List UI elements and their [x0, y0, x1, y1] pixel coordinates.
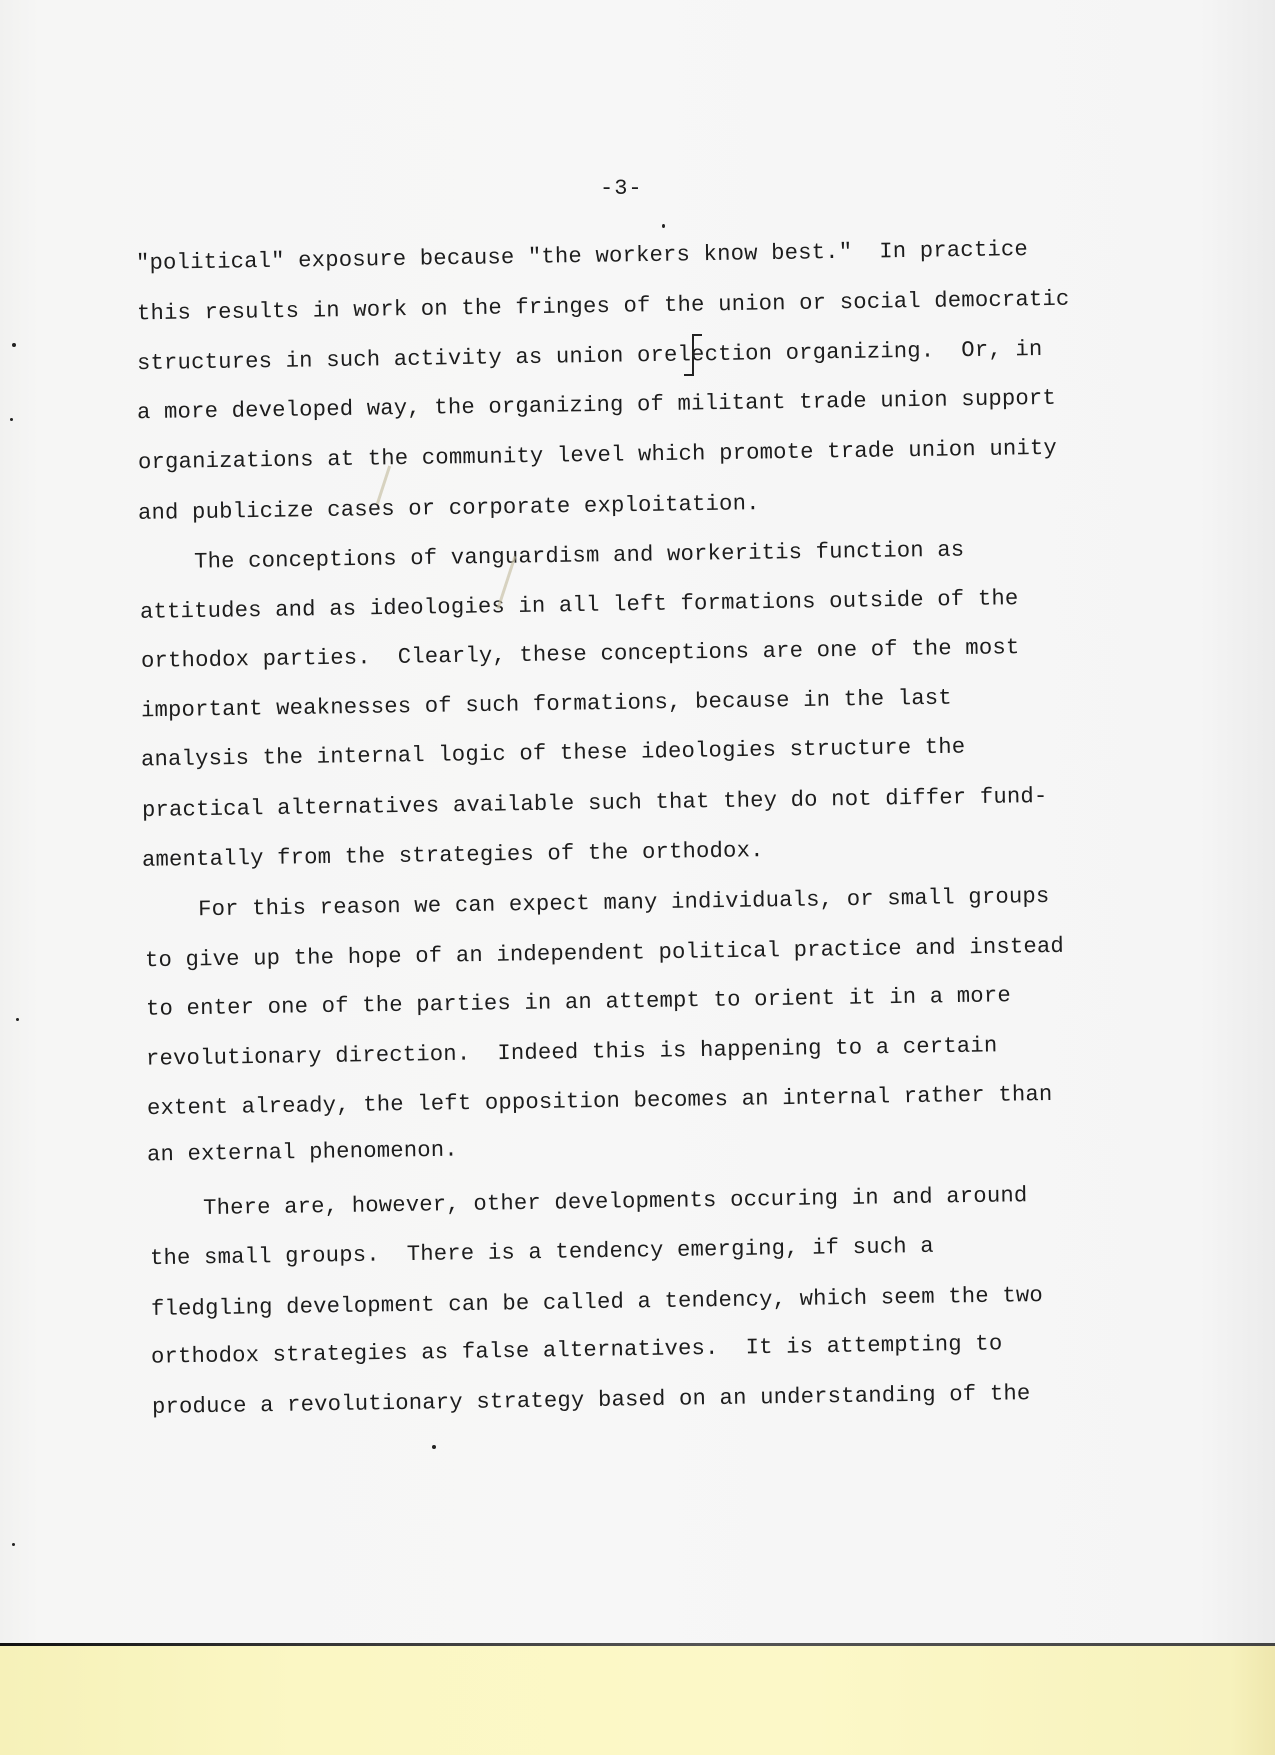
text-line: to give up the hope of an independent po… [145, 934, 1064, 973]
text-line: fledgling development can be called a te… [151, 1283, 1043, 1322]
text-line: orthodox parties. Clearly, these concept… [141, 635, 1020, 674]
text-line: orthodox strategies as false alternative… [151, 1331, 1003, 1369]
paper-speck [10, 418, 13, 421]
text-line: organizations at the community level whi… [138, 436, 1057, 475]
text-line: For this reason we can expect many indiv… [144, 884, 1050, 923]
text-line: amentally from the strategies of the ort… [142, 838, 764, 873]
text-line: produce a revolutionary strategy based o… [152, 1381, 1031, 1420]
text-line: "political" exposure because "the worker… [136, 237, 1028, 276]
text-line: a more developed way, the organizing of … [137, 386, 1056, 425]
paper-speck [432, 1445, 436, 1449]
text-line: The conceptions of vanguardism and worke… [140, 538, 965, 576]
paper-speck [662, 224, 665, 228]
text-line: revolutionary direction. Indeed this is … [146, 1033, 998, 1071]
text-line: an external phenomenon. [147, 1138, 458, 1168]
text-line: important weaknesses of such formations,… [141, 686, 952, 724]
text-line: the small groups. There is a tendency em… [150, 1234, 934, 1271]
text-line: There are, however, other developments o… [149, 1183, 1028, 1222]
paper-speck [16, 1018, 19, 1021]
text-line: extent already, the left opposition beco… [147, 1082, 1053, 1121]
text-line: analysis the internal logic of these ide… [141, 735, 966, 773]
handwritten-correction-mark [692, 334, 702, 376]
text-line: practical alternatives available such th… [142, 784, 1048, 823]
text-line: to enter one of the parties in an attemp… [146, 983, 1011, 1022]
typewritten-page: -3- "political" exposure because "the wo… [0, 0, 1275, 1645]
text-line: this results in work on the fringes of t… [137, 287, 1070, 327]
paper-speck [12, 343, 16, 347]
text-line: structures in such activity as union ore… [137, 337, 1043, 376]
page-number: -3- [600, 176, 643, 201]
text-line: and publicize cases or corporate exploit… [138, 491, 760, 526]
yellow-backing-sheet [0, 1646, 1275, 1755]
paper-speck [12, 1543, 15, 1546]
text-line: attitudes and as ideologies in all left … [140, 586, 1019, 625]
